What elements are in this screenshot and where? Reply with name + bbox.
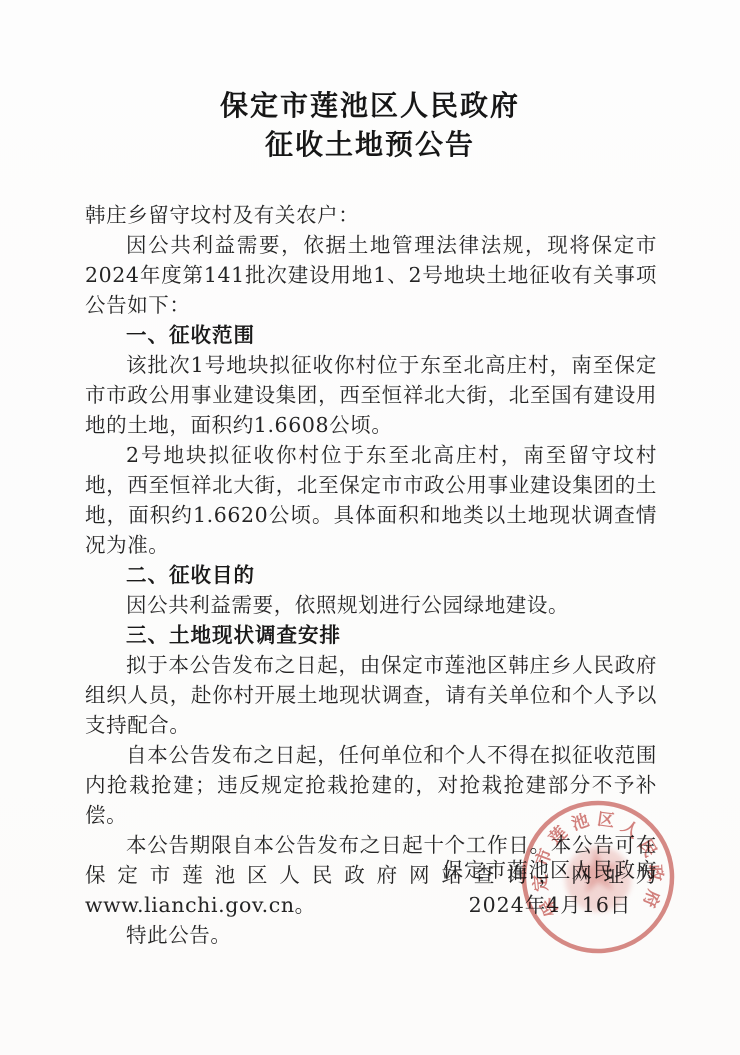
document-body: 韩庄乡留守坟村及有关农户： 因公共利益需要，依据土地管理法律法规，现将保定市20…: [85, 200, 657, 950]
intro-paragraph: 因公共利益需要，依据土地管理法律法规，现将保定市2024年度第141批次建设用地…: [85, 230, 657, 320]
document-title: 保定市莲池区人民政府 征收土地预公告: [0, 0, 740, 164]
prohibition-paragraph: 自本公告发布之日起，任何单位和个人不得在拟征收范围内抢栽抢建；违反规定抢栽抢建的…: [85, 740, 657, 830]
title-line-1: 保定市莲池区人民政府: [0, 86, 740, 125]
section-heading-1: 一、征收范围: [85, 320, 657, 350]
plot2-paragraph: 2号地块拟征收你村位于东至北高庄村，南至留守坟村地，西至恒祥北大街，北至保定市市…: [85, 440, 657, 560]
closing-paragraph: 特此公告。: [85, 920, 657, 950]
salutation: 韩庄乡留守坟村及有关农户：: [85, 200, 657, 230]
plot1-paragraph: 该批次1号地块拟征收你村位于东至北高庄村，南至保定市市政公用事业建设集团，西至恒…: [85, 350, 657, 440]
document-page: 保定市莲池区人民政府 征收土地预公告 韩庄乡留守坟村及有关农户： 因公共利益需要…: [0, 0, 740, 1055]
purpose-paragraph: 因公共利益需要，依照规划进行公园绿地建设。: [85, 590, 657, 620]
section-heading-3: 三、土地现状调查安排: [85, 620, 657, 650]
signature-date: 2024年4月16日: [420, 888, 680, 923]
signature-block: 保定市莲池区人民政府 2024年4月16日: [420, 853, 680, 923]
survey-paragraph: 拟于本公告发布之日起，由保定市莲池区韩庄乡人民政府组织人员，赴你村开展土地现状调…: [85, 650, 657, 740]
section-heading-2: 二、征收目的: [85, 560, 657, 590]
signature-org: 保定市莲池区人民政府: [420, 853, 680, 888]
title-line-2: 征收土地预公告: [0, 125, 740, 164]
